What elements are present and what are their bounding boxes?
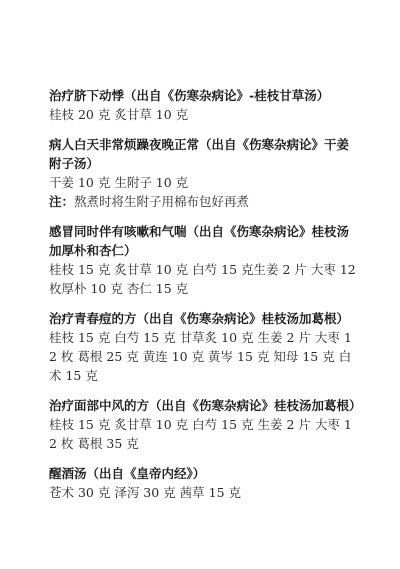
recipe-section-acne: 治疗青春痘的方（出自《伤寒杂病论》桂枝汤加葛根） 桂枝 15 克 白芍 15 克… [49, 309, 357, 385]
recipe-section-guizhi-gancao: 治疗脐下动悸（出自《伤寒杂病论》-桂枝甘草汤） 桂枝 20 克 炙甘草 10 克 [49, 86, 357, 124]
recipe-section-ganjiang-fuzi: 病人白天非常烦躁夜晚正常（出自《伤寒杂病论》干姜附子汤） 干姜 10 克 生附子… [49, 135, 357, 211]
recipe-ingredients: 苍术 30 克 泽泻 30 克 茜草 15 克 [49, 483, 357, 502]
recipe-title: 治疗青春痘的方（出自《伤寒杂病论》桂枝汤加葛根） [49, 309, 357, 328]
recipe-ingredients: 干姜 10 克 生附子 10 克 [49, 173, 357, 192]
note-text: 熬煮时将生附子用棉布包好再煮 [74, 194, 249, 209]
recipe-title: 治疗面部中风的方（出自《伤寒杂病论》桂枝汤加葛根） [49, 396, 357, 415]
note-label: 注： [49, 194, 74, 209]
recipe-ingredients: 桂枝 15 克 白芍 15 克 甘草炙 10 克 生姜 2 片 大枣 12 枚 … [49, 328, 357, 385]
recipe-ingredients: 桂枝 15 克 炙甘草 10 克 白芍 15 克 生姜 2 片 大枣 12 枚 … [49, 415, 357, 453]
recipe-section-facial-palsy: 治疗面部中风的方（出自《伤寒杂病论》桂枝汤加葛根） 桂枝 15 克 炙甘草 10… [49, 396, 357, 453]
recipe-note: 注：熬煮时将生附子用棉布包好再煮 [49, 192, 357, 211]
recipe-title: 治疗脐下动悸（出自《伤寒杂病论》-桂枝甘草汤） [49, 86, 357, 105]
recipe-section-hangover: 醒酒汤（出自《皇帝内经》） 苍术 30 克 泽泻 30 克 茜草 15 克 [49, 464, 357, 502]
recipe-title: 感冒同时伴有咳嗽和气喘（出自《伤寒杂病论》桂枝汤加厚朴和杏仁） [49, 222, 357, 260]
recipe-title: 病人白天非常烦躁夜晚正常（出自《伤寒杂病论》干姜附子汤） [49, 135, 357, 173]
recipe-ingredients: 桂枝 20 克 炙甘草 10 克 [49, 105, 357, 124]
recipe-title: 醒酒汤（出自《皇帝内经》） [49, 464, 357, 483]
recipe-section-guizhi-houpu-xingren: 感冒同时伴有咳嗽和气喘（出自《伤寒杂病论》桂枝汤加厚朴和杏仁） 桂枝 15 克 … [49, 222, 357, 298]
document-page: 治疗脐下动悸（出自《伤寒杂病论》-桂枝甘草汤） 桂枝 20 克 炙甘草 10 克… [49, 86, 357, 513]
recipe-ingredients: 桂枝 15 克 炙甘草 10 克 白芍 15 克生姜 2 片 大枣 12 枚厚朴… [49, 260, 357, 298]
